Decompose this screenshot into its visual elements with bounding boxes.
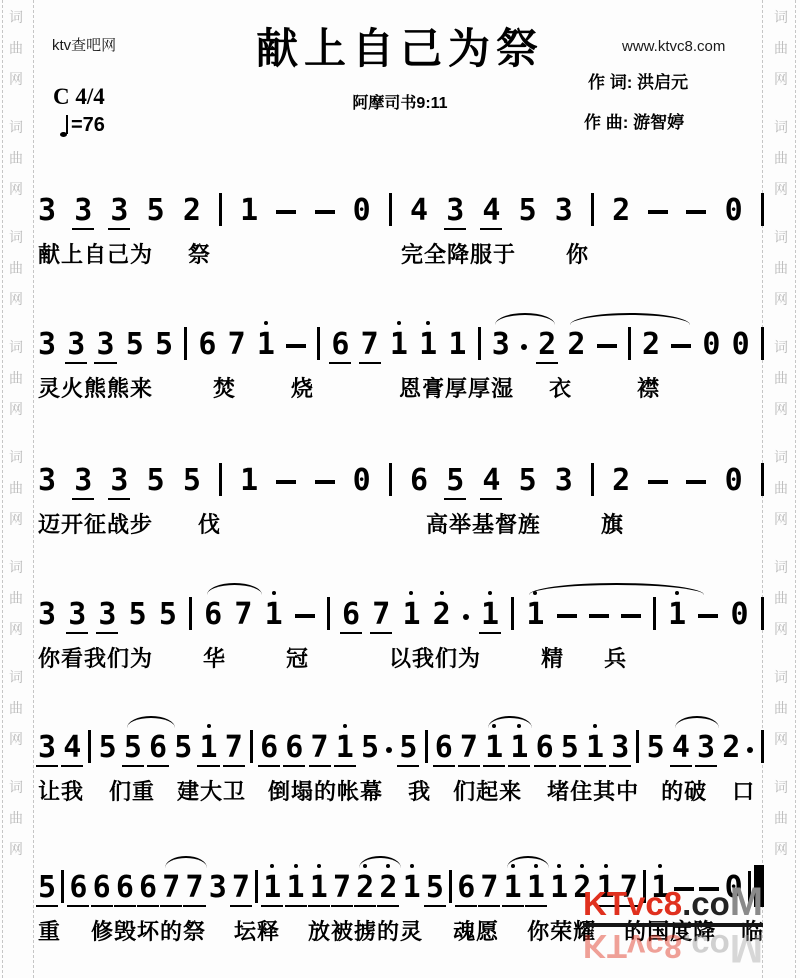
slur-arc bbox=[570, 313, 690, 325]
octave-dot bbox=[675, 591, 679, 595]
watermark-char: 曲 bbox=[9, 811, 23, 825]
duration-dash bbox=[686, 480, 706, 484]
key-time-signature: C 4/4 bbox=[53, 84, 105, 110]
note-5: 5 bbox=[129, 600, 147, 634]
watermark-char: 曲 bbox=[9, 261, 23, 275]
watermark-char: 曲 bbox=[774, 371, 788, 385]
duration-dash bbox=[589, 614, 609, 618]
watermark-char: 网 bbox=[9, 292, 23, 306]
note-1: 1 bbox=[336, 733, 354, 767]
octave-dot bbox=[410, 864, 414, 868]
lyric-segment: 让我 bbox=[38, 779, 84, 805]
note-7: 7 bbox=[185, 873, 203, 907]
barline bbox=[761, 193, 764, 226]
octave-dot bbox=[658, 864, 662, 868]
lyrics-row: 献上自己为祭完全降服于你 bbox=[38, 242, 764, 268]
note-6: 6 bbox=[260, 733, 278, 767]
note-5: 5 bbox=[426, 873, 444, 907]
note-1: 1 bbox=[481, 600, 499, 634]
watermark-char: 网 bbox=[774, 512, 788, 526]
augmentation-dot bbox=[521, 344, 527, 350]
note-6: 6 bbox=[435, 733, 453, 767]
note-3: 3 bbox=[209, 873, 227, 907]
note-2: 2 bbox=[538, 330, 556, 364]
lyric-segment: 烧 bbox=[291, 376, 314, 402]
barline bbox=[88, 730, 91, 763]
note-5: 5 bbox=[159, 600, 177, 634]
watermark-char: 词 bbox=[774, 780, 788, 794]
lyric-segment: 祭 bbox=[188, 242, 211, 268]
watermark-char: 词 bbox=[9, 230, 23, 244]
site-url-right: www.ktvc8.com bbox=[622, 38, 725, 55]
lyric-segment: 华 bbox=[203, 646, 226, 672]
right-watermark-column: 词曲网词曲网词曲网词曲网词曲网词曲网词曲网词曲网 bbox=[768, 0, 794, 978]
note-1: 1 bbox=[263, 873, 281, 907]
lyric-segment: 倒塌的帐幕 bbox=[268, 779, 383, 805]
note-5: 5 bbox=[647, 733, 665, 767]
watermark-char: 网 bbox=[774, 622, 788, 636]
barline bbox=[389, 463, 392, 496]
note-1: 1 bbox=[550, 873, 568, 907]
note-7: 7 bbox=[372, 600, 390, 634]
barline bbox=[761, 730, 764, 763]
note-7: 7 bbox=[225, 733, 243, 767]
watermark-char: 网 bbox=[9, 182, 23, 196]
slur-arc bbox=[165, 856, 207, 868]
note-4: 4 bbox=[672, 733, 690, 767]
lyric-segment: 完全降服于 bbox=[401, 242, 516, 268]
note-2: 2 bbox=[433, 600, 451, 634]
augmentation-dot bbox=[463, 614, 469, 620]
duration-dash bbox=[315, 210, 335, 214]
note-3: 3 bbox=[555, 466, 573, 500]
watermark-char: 词 bbox=[9, 560, 23, 574]
brand-watermark-reflection: KTvc8.coM bbox=[583, 928, 763, 968]
sheet-music-page: 词曲网词曲网词曲网词曲网词曲网词曲网词曲网词曲网 词曲网词曲网词曲网词曲网词曲网… bbox=[0, 0, 800, 978]
duration-dash bbox=[557, 614, 577, 618]
barline bbox=[628, 327, 631, 360]
note-7: 7 bbox=[311, 733, 329, 767]
lyric-segment: 坛释 bbox=[234, 919, 280, 945]
lyrics-row: 你看我们为华冠以我们为精兵 bbox=[38, 646, 764, 672]
watermark-char: 网 bbox=[774, 292, 788, 306]
note-1: 1 bbox=[257, 330, 275, 364]
note-3: 3 bbox=[492, 330, 510, 364]
octave-dot bbox=[270, 864, 274, 868]
note-3: 3 bbox=[110, 466, 128, 500]
note-2: 2 bbox=[612, 196, 630, 230]
lyric-segment: 修毁坏的祭 bbox=[91, 919, 206, 945]
watermark-char: 词 bbox=[774, 120, 788, 134]
notation-row: 33352104345320 bbox=[38, 178, 764, 230]
watermark-char: 词 bbox=[9, 450, 23, 464]
brand-dark-part: .co bbox=[682, 885, 730, 922]
watermark-char: 网 bbox=[774, 182, 788, 196]
note-7: 7 bbox=[232, 873, 250, 907]
note-5: 5 bbox=[519, 196, 537, 230]
note-2: 2 bbox=[642, 330, 660, 364]
note-5: 5 bbox=[399, 733, 417, 767]
note-5: 5 bbox=[519, 466, 537, 500]
music-system-1: 33352104345320献上自己为祭完全降服于你 bbox=[38, 178, 764, 268]
note-2: 2 bbox=[612, 466, 630, 500]
quarter-note-icon bbox=[60, 115, 70, 137]
octave-dot bbox=[426, 321, 430, 325]
note-7: 7 bbox=[333, 873, 351, 907]
lyric-segment: 堵住其中 bbox=[547, 779, 639, 805]
octave-dot bbox=[488, 591, 492, 595]
watermark-char: 词 bbox=[9, 780, 23, 794]
note-5: 5 bbox=[155, 330, 173, 364]
note-1: 1 bbox=[390, 330, 408, 364]
note-6: 6 bbox=[149, 733, 167, 767]
note-6: 6 bbox=[93, 873, 111, 907]
note-3: 3 bbox=[38, 466, 56, 500]
right-outer-dashed-rule bbox=[795, 0, 796, 978]
note-1: 1 bbox=[310, 873, 328, 907]
tempo-value: =76 bbox=[71, 114, 105, 137]
note-7: 7 bbox=[480, 873, 498, 907]
note-5: 5 bbox=[561, 733, 579, 767]
note-3: 3 bbox=[67, 330, 85, 364]
note-6: 6 bbox=[198, 330, 216, 364]
note-5: 5 bbox=[446, 466, 464, 500]
note-0: 0 bbox=[730, 600, 748, 634]
note-7: 7 bbox=[460, 733, 478, 767]
notation-row: 3335567167111322200 bbox=[38, 312, 764, 364]
watermark-char: 曲 bbox=[774, 811, 788, 825]
lyric-segment: 献上自己为 bbox=[38, 242, 153, 268]
note-7: 7 bbox=[228, 330, 246, 364]
duration-dash bbox=[621, 614, 641, 618]
watermark-char: 词 bbox=[9, 340, 23, 354]
octave-dot bbox=[343, 724, 347, 728]
lyric-segment: 迈开征战步 bbox=[38, 512, 153, 538]
lyric-segment: 灵火熊熊来 bbox=[38, 376, 153, 402]
lyric-segment: 魂愿 bbox=[453, 919, 499, 945]
barline bbox=[478, 327, 481, 360]
barline bbox=[189, 597, 192, 630]
watermark-char: 曲 bbox=[774, 701, 788, 715]
note-6: 6 bbox=[342, 600, 360, 634]
note-0: 0 bbox=[732, 330, 750, 364]
slur-arc bbox=[495, 313, 555, 325]
note-3: 3 bbox=[38, 600, 56, 634]
brand-watermark-text: KTvc8.coM bbox=[583, 882, 763, 927]
note-5: 5 bbox=[361, 733, 379, 767]
watermark-char: 曲 bbox=[9, 591, 23, 605]
octave-dot bbox=[272, 591, 276, 595]
note-3: 3 bbox=[98, 600, 116, 634]
note-6: 6 bbox=[536, 733, 554, 767]
note-3: 3 bbox=[74, 466, 92, 500]
octave-dot bbox=[557, 864, 561, 868]
barline bbox=[449, 870, 452, 903]
barline bbox=[317, 327, 320, 360]
lyrics-row: 让我们重建大卫倒塌的帐幕我们起来堵住其中的破口 bbox=[38, 779, 764, 805]
octave-dot bbox=[409, 591, 413, 595]
note-5: 5 bbox=[99, 733, 117, 767]
note-5: 5 bbox=[147, 196, 165, 230]
watermark-char: 网 bbox=[9, 512, 23, 526]
lyric-segment: 衣 bbox=[549, 376, 572, 402]
note-1: 1 bbox=[287, 873, 305, 907]
note-5: 5 bbox=[174, 733, 192, 767]
watermark-char: 曲 bbox=[774, 481, 788, 495]
lyric-segment: 旗 bbox=[601, 512, 624, 538]
barline bbox=[184, 327, 187, 360]
octave-dot bbox=[580, 864, 584, 868]
note-7: 7 bbox=[162, 873, 180, 907]
notation-row: 3335567167121110 bbox=[38, 582, 764, 634]
left-watermark-column: 词曲网词曲网词曲网词曲网词曲网词曲网词曲网词曲网 bbox=[3, 0, 29, 978]
lyric-segment: 冠 bbox=[286, 646, 309, 672]
note-1: 1 bbox=[240, 466, 258, 500]
note-3: 3 bbox=[38, 330, 56, 364]
lyric-segment: 重 bbox=[38, 919, 61, 945]
barline bbox=[761, 463, 764, 496]
note-5: 5 bbox=[124, 733, 142, 767]
watermark-char: 网 bbox=[774, 842, 788, 856]
duration-dash bbox=[286, 344, 306, 348]
watermark-char: 曲 bbox=[9, 481, 23, 495]
lyric-segment: 高举基督旌 bbox=[426, 512, 541, 538]
note-4: 4 bbox=[410, 196, 428, 230]
scripture-reference: 阿摩司书9:11 bbox=[0, 90, 800, 113]
barline bbox=[255, 870, 258, 903]
duration-dash bbox=[648, 480, 668, 484]
brand-red-part: KTvc8 bbox=[583, 885, 682, 922]
slur-arc bbox=[675, 716, 719, 728]
lyric-segment: 你 bbox=[566, 242, 589, 268]
lyric-segment: 我 bbox=[408, 779, 431, 805]
watermark-char: 词 bbox=[774, 340, 788, 354]
duration-dash bbox=[597, 344, 617, 348]
watermark-char: 词 bbox=[9, 670, 23, 684]
brand-gray-part: M bbox=[730, 880, 763, 924]
note-1: 1 bbox=[402, 600, 420, 634]
lyric-segment: 的破 bbox=[661, 779, 707, 805]
octave-dot bbox=[440, 591, 444, 595]
note-4: 4 bbox=[482, 196, 500, 230]
note-3: 3 bbox=[68, 600, 86, 634]
note-1: 1 bbox=[504, 873, 522, 907]
note-2: 2 bbox=[356, 873, 374, 907]
note-3: 3 bbox=[74, 196, 92, 230]
lyric-segment: 们起来 bbox=[453, 779, 522, 805]
octave-dot bbox=[264, 321, 268, 325]
notation-row: 34556517667155671165135432 bbox=[38, 715, 764, 767]
left-inner-dashed-rule bbox=[33, 0, 34, 978]
lyric-segment: 精 bbox=[541, 646, 564, 672]
barline bbox=[389, 193, 392, 226]
note-1: 1 bbox=[485, 733, 503, 767]
note-6: 6 bbox=[139, 873, 157, 907]
lyric-segment: 你看我们为 bbox=[38, 646, 153, 672]
barline bbox=[591, 463, 594, 496]
duration-dash bbox=[686, 210, 706, 214]
octave-dot bbox=[207, 724, 211, 728]
note-5: 5 bbox=[126, 330, 144, 364]
watermark-char: 词 bbox=[9, 120, 23, 134]
brand-watermark: KTvc8.coM KTvc8.coM bbox=[583, 882, 763, 968]
duration-dash bbox=[276, 480, 296, 484]
lyric-segment: 口 bbox=[732, 779, 755, 805]
slur-arc bbox=[488, 716, 532, 728]
duration-dash bbox=[295, 614, 315, 618]
lyrics-row: 灵火熊熊来焚烧恩膏厚厚湿衣襟 bbox=[38, 376, 764, 402]
note-3: 3 bbox=[697, 733, 715, 767]
note-0: 0 bbox=[725, 196, 743, 230]
note-7: 7 bbox=[361, 330, 379, 364]
lyric-segment: 以我们为 bbox=[389, 646, 481, 672]
lyric-segment: 兵 bbox=[604, 646, 627, 672]
octave-dot bbox=[593, 724, 597, 728]
note-1: 1 bbox=[527, 873, 545, 907]
note-4: 4 bbox=[63, 733, 81, 767]
note-2: 2 bbox=[379, 873, 397, 907]
barline bbox=[61, 870, 64, 903]
octave-dot bbox=[397, 321, 401, 325]
note-5: 5 bbox=[183, 466, 201, 500]
slur-arc bbox=[207, 583, 262, 595]
watermark-char: 词 bbox=[774, 450, 788, 464]
lyric-segment: 放被掳的灵 bbox=[308, 919, 423, 945]
lyric-segment: 恩膏厚厚湿 bbox=[399, 376, 514, 402]
slur-arc bbox=[127, 716, 175, 728]
note-0: 0 bbox=[702, 330, 720, 364]
watermark-char: 曲 bbox=[9, 371, 23, 385]
barline bbox=[636, 730, 639, 763]
note-5: 5 bbox=[147, 466, 165, 500]
note-6: 6 bbox=[457, 873, 475, 907]
watermark-char: 曲 bbox=[9, 151, 23, 165]
octave-dot bbox=[604, 864, 608, 868]
note-1: 1 bbox=[448, 330, 466, 364]
duration-dash bbox=[276, 210, 296, 214]
watermark-char: 曲 bbox=[774, 591, 788, 605]
watermark-char: 曲 bbox=[9, 701, 23, 715]
lyric-segment: 们重 bbox=[109, 779, 155, 805]
slur-arc bbox=[359, 856, 401, 868]
duration-dash bbox=[698, 614, 718, 618]
watermark-char: 网 bbox=[9, 402, 23, 416]
octave-dot bbox=[534, 864, 538, 868]
note-1: 1 bbox=[403, 873, 421, 907]
note-2: 2 bbox=[567, 330, 585, 364]
barline bbox=[219, 193, 222, 226]
augmentation-dot bbox=[386, 747, 392, 753]
lyric-segment: 建大卫 bbox=[177, 779, 246, 805]
watermark-char: 曲 bbox=[774, 151, 788, 165]
note-6: 6 bbox=[204, 600, 222, 634]
watermark-char: 网 bbox=[9, 732, 23, 746]
lyric-segment: 焚 bbox=[213, 376, 236, 402]
duration-dash bbox=[671, 344, 691, 348]
octave-dot bbox=[294, 864, 298, 868]
note-6: 6 bbox=[285, 733, 303, 767]
note-6: 6 bbox=[410, 466, 428, 500]
note-0: 0 bbox=[353, 466, 371, 500]
note-0: 0 bbox=[725, 466, 743, 500]
octave-dot bbox=[386, 864, 390, 868]
octave-dot bbox=[317, 864, 321, 868]
note-1: 1 bbox=[265, 600, 283, 634]
note-6: 6 bbox=[116, 873, 134, 907]
note-3: 3 bbox=[96, 330, 114, 364]
note-1: 1 bbox=[510, 733, 528, 767]
music-system-5: 34556517667155671165135432让我们重建大卫倒塌的帐幕我们… bbox=[38, 715, 764, 805]
barline bbox=[591, 193, 594, 226]
slur-arc bbox=[507, 856, 549, 868]
octave-dot bbox=[517, 724, 521, 728]
note-7: 7 bbox=[234, 600, 252, 634]
note-3: 3 bbox=[611, 733, 629, 767]
barline bbox=[653, 597, 656, 630]
watermark-char: 网 bbox=[9, 842, 23, 856]
barline bbox=[761, 327, 764, 360]
note-6: 6 bbox=[331, 330, 349, 364]
watermark-char: 词 bbox=[774, 670, 788, 684]
note-1: 1 bbox=[526, 600, 544, 634]
augmentation-dot bbox=[747, 747, 753, 753]
notation-row: 33355106545320 bbox=[38, 448, 764, 500]
note-2: 2 bbox=[183, 196, 201, 230]
watermark-char: 网 bbox=[774, 732, 788, 746]
note-2: 2 bbox=[722, 733, 740, 767]
note-3: 3 bbox=[446, 196, 464, 230]
watermark-char: 网 bbox=[9, 622, 23, 636]
note-1: 1 bbox=[586, 733, 604, 767]
barline bbox=[250, 730, 253, 763]
barline bbox=[511, 597, 514, 630]
note-1: 1 bbox=[240, 196, 258, 230]
barline bbox=[425, 730, 428, 763]
barline bbox=[761, 597, 764, 630]
duration-dash bbox=[648, 210, 668, 214]
note-3: 3 bbox=[555, 196, 573, 230]
note-3: 3 bbox=[38, 196, 56, 230]
music-system-3: 33355106545320迈开征战步伐高举基督旌旗 bbox=[38, 448, 764, 538]
note-1: 1 bbox=[419, 330, 437, 364]
watermark-char: 曲 bbox=[774, 261, 788, 275]
note-1: 1 bbox=[199, 733, 217, 767]
music-system-2: 3335567167111322200灵火熊熊来焚烧恩膏厚厚湿衣襟 bbox=[38, 312, 764, 402]
note-4: 4 bbox=[482, 466, 500, 500]
note-5: 5 bbox=[38, 873, 56, 907]
barline bbox=[219, 463, 222, 496]
music-system-4: 3335567167121110你看我们为华冠以我们为精兵 bbox=[38, 582, 764, 672]
watermark-char: 网 bbox=[774, 402, 788, 416]
watermark-char: 词 bbox=[774, 230, 788, 244]
lyric-segment: 襟 bbox=[637, 376, 660, 402]
note-6: 6 bbox=[69, 873, 87, 907]
duration-dash bbox=[315, 480, 335, 484]
barline bbox=[327, 597, 330, 630]
note-3: 3 bbox=[38, 733, 56, 767]
watermark-char: 词 bbox=[774, 560, 788, 574]
note-3: 3 bbox=[110, 196, 128, 230]
tempo-marking: =76 bbox=[60, 114, 105, 137]
note-1: 1 bbox=[668, 600, 686, 634]
lyrics-row: 迈开征战步伐高举基督旌旗 bbox=[38, 512, 764, 538]
note-0: 0 bbox=[353, 196, 371, 230]
lyric-segment: 伐 bbox=[198, 512, 221, 538]
